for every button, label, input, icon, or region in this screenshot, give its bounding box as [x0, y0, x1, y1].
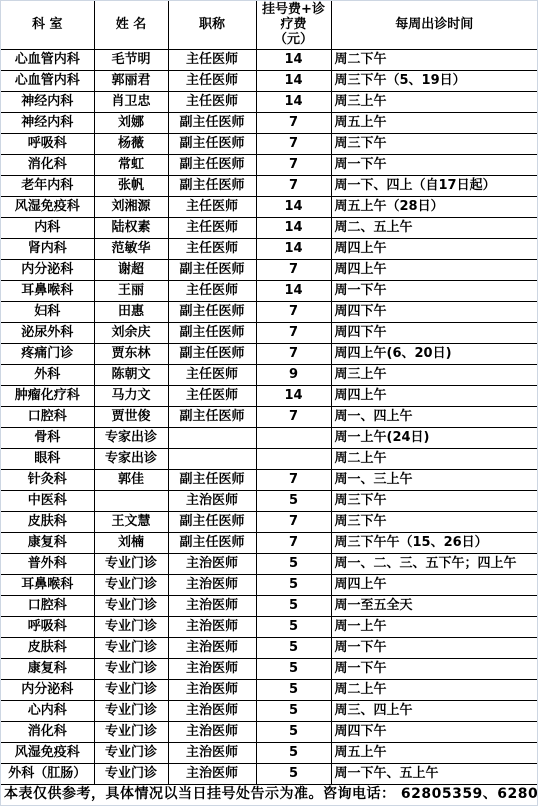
- cell-name: 专业门诊: [94, 574, 168, 595]
- cell-schedule: 周三下午午（15、26日）: [331, 532, 537, 553]
- cell-schedule: 周二上午: [331, 679, 537, 700]
- cell-name: 肖卫忠: [94, 91, 168, 112]
- cell-name: 专业门诊: [94, 700, 168, 721]
- table-row: 消化科专业门诊主治医师5周四下午: [1, 721, 537, 742]
- cell-schedule: 周五上午: [331, 742, 537, 763]
- cell-fee: 14: [256, 238, 331, 259]
- cell-schedule: 周四上午: [331, 385, 537, 406]
- cell-dept: 皮肤科: [1, 511, 94, 532]
- cell-title: 副主任医师: [168, 154, 256, 175]
- cell-schedule: 周一至五全天: [331, 595, 537, 616]
- cell-dept: 老年内科: [1, 175, 94, 196]
- cell-name: 专家出诊: [94, 448, 168, 469]
- table-row: 肾内科范敏华主任医师14周四上午: [1, 238, 537, 259]
- cell-fee: 5: [256, 742, 331, 763]
- cell-title: 副主任医师: [168, 175, 256, 196]
- table-row: 皮肤科专业门诊主治医师5周一下午: [1, 637, 537, 658]
- cell-schedule: 周一、三上午: [331, 469, 537, 490]
- cell-name: 马力文: [94, 385, 168, 406]
- cell-schedule: 周一下、四上（自17日起）: [331, 175, 537, 196]
- cell-dept: 眼科: [1, 448, 94, 469]
- cell-fee: 5: [256, 637, 331, 658]
- cell-schedule: 周一、四上午: [331, 406, 537, 427]
- cell-title: 副主任医师: [168, 259, 256, 280]
- cell-dept: 神经内科: [1, 112, 94, 133]
- cell-title: 主治医师: [168, 490, 256, 511]
- cell-schedule: 周二、五上午: [331, 217, 537, 238]
- cell-title: 主治医师: [168, 553, 256, 574]
- cell-fee: 5: [256, 595, 331, 616]
- cell-dept: 肾内科: [1, 238, 94, 259]
- cell-dept: 消化科: [1, 721, 94, 742]
- cell-name: 专业门诊: [94, 616, 168, 637]
- cell-fee: 14: [256, 91, 331, 112]
- table-row: 外科陈朝文主任医师9周三上午: [1, 364, 537, 385]
- cell-title: 副主任医师: [168, 112, 256, 133]
- table-footer: 本表仅供参考，具体情况以当日挂号处告示为准。咨询电话： 62805359、628…: [1, 784, 537, 805]
- cell-title: 主治医师: [168, 637, 256, 658]
- cell-name: 范敏华: [94, 238, 168, 259]
- table-row: 心血管内科毛节明主任医师14周二下午: [1, 49, 537, 70]
- cell-schedule: 周四上午: [331, 238, 537, 259]
- table-row: 皮肤科王文慧副主任医师7周三下午: [1, 511, 537, 532]
- cell-dept: 皮肤科: [1, 637, 94, 658]
- cell-dept: 泌尿外科: [1, 322, 94, 343]
- cell-fee: 5: [256, 490, 331, 511]
- cell-schedule: 周三下午: [331, 511, 537, 532]
- cell-title: 主任医师: [168, 196, 256, 217]
- cell-schedule: 周三下午（5、19日）: [331, 70, 537, 91]
- col-header-title: 职称: [168, 1, 256, 49]
- cell-name: 王丽: [94, 280, 168, 301]
- cell-dept: 心内科: [1, 700, 94, 721]
- table-row: 消化科常虹副主任医师7周一下午: [1, 154, 537, 175]
- cell-fee: 7: [256, 532, 331, 553]
- cell-fee: 5: [256, 658, 331, 679]
- table-row: 针灸科郭佳副主任医师7周一、三上午: [1, 469, 537, 490]
- table-row: 心血管内科郭丽君主任医师14周三下午（5、19日）: [1, 70, 537, 91]
- cell-title: 主任医师: [168, 49, 256, 70]
- table-row: 内分泌科专业门诊主治医师5周二上午: [1, 679, 537, 700]
- cell-dept: 消化科: [1, 154, 94, 175]
- cell-schedule: 周三下午: [331, 133, 537, 154]
- cell-title: 主任医师: [168, 70, 256, 91]
- cell-name: 专业门诊: [94, 721, 168, 742]
- footer-row: 本表仅供参考，具体情况以当日挂号处告示为准。咨询电话： 62805359、628…: [1, 784, 537, 805]
- header-row: 科 室 姓 名 职称 挂号费+诊 疗费 （元） 每周出诊时间: [1, 1, 537, 49]
- cell-name: 刘娜: [94, 112, 168, 133]
- cell-name: 贾东林: [94, 343, 168, 364]
- cell-dept: 妇科: [1, 301, 94, 322]
- cell-fee: 5: [256, 616, 331, 637]
- cell-dept: 外科（肛肠）: [1, 763, 94, 784]
- cell-fee: 7: [256, 511, 331, 532]
- cell-fee: 7: [256, 301, 331, 322]
- table-row: 肿瘤化疗科马力文主任医师14周四上午: [1, 385, 537, 406]
- cell-dept: 风湿免疫科: [1, 742, 94, 763]
- cell-dept: 心血管内科: [1, 70, 94, 91]
- cell-schedule: 周一上午: [331, 616, 537, 637]
- cell-fee: 7: [256, 175, 331, 196]
- cell-schedule: 周四下午: [331, 721, 537, 742]
- cell-name: 毛节明: [94, 49, 168, 70]
- cell-name: 贾世俊: [94, 406, 168, 427]
- cell-name: 郭佳: [94, 469, 168, 490]
- table-row: 康复科刘楠副主任医师7周三下午午（15、26日）: [1, 532, 537, 553]
- table-row: 神经内科肖卫忠主任医师14周三上午: [1, 91, 537, 112]
- cell-name: 杨薇: [94, 133, 168, 154]
- cell-name: 专家出诊: [94, 427, 168, 448]
- cell-fee: [256, 448, 331, 469]
- cell-dept: 口腔科: [1, 406, 94, 427]
- cell-schedule: 周五上午: [331, 112, 537, 133]
- cell-name: [94, 490, 168, 511]
- table-row: 疼痛门诊贾东林副主任医师7周四上午(6、20日): [1, 343, 537, 364]
- cell-name: 专业门诊: [94, 763, 168, 784]
- cell-fee: 7: [256, 259, 331, 280]
- cell-title: 副主任医师: [168, 469, 256, 490]
- cell-schedule: 周三上午: [331, 364, 537, 385]
- cell-name: 王文慧: [94, 511, 168, 532]
- doctor-schedule-table: 科 室 姓 名 职称 挂号费+诊 疗费 （元） 每周出诊时间 心血管内科毛节明主…: [1, 1, 537, 805]
- cell-name: 刘湘源: [94, 196, 168, 217]
- cell-schedule: 周一下午: [331, 154, 537, 175]
- cell-fee: 14: [256, 70, 331, 91]
- cell-fee: 5: [256, 574, 331, 595]
- cell-name: 刘楠: [94, 532, 168, 553]
- cell-fee: 7: [256, 406, 331, 427]
- footer-note: 本表仅供参考，具体情况以当日挂号处告示为准。咨询电话： 62805359、628…: [1, 784, 537, 805]
- cell-dept: 疼痛门诊: [1, 343, 94, 364]
- cell-schedule: 周四上午(6、20日): [331, 343, 537, 364]
- cell-title: 副主任医师: [168, 301, 256, 322]
- cell-title: 主治医师: [168, 595, 256, 616]
- cell-schedule: 周四上午: [331, 259, 537, 280]
- cell-title: 副主任医师: [168, 133, 256, 154]
- cell-schedule: 周三下午: [331, 490, 537, 511]
- table-row: 妇科田惠副主任医师7周四下午: [1, 301, 537, 322]
- cell-name: 陈朝文: [94, 364, 168, 385]
- cell-name: 刘余庆: [94, 322, 168, 343]
- cell-title: [168, 448, 256, 469]
- cell-fee: 5: [256, 700, 331, 721]
- table-row: 外科（肛肠）专业门诊主治医师5周一下午、五上午: [1, 763, 537, 784]
- cell-title: 主治医师: [168, 679, 256, 700]
- cell-schedule: 周二下午: [331, 49, 537, 70]
- cell-dept: 康复科: [1, 532, 94, 553]
- table-row: 呼吸科专业门诊主治医师5周一上午: [1, 616, 537, 637]
- table-row: 内分泌科谢超副主任医师7周四上午: [1, 259, 537, 280]
- cell-name: 专业门诊: [94, 658, 168, 679]
- cell-fee: 14: [256, 196, 331, 217]
- table-row: 风湿免疫科专业门诊主治医师5周五上午: [1, 742, 537, 763]
- schedule-page: 科 室 姓 名 职称 挂号费+诊 疗费 （元） 每周出诊时间 心血管内科毛节明主…: [0, 0, 538, 806]
- cell-schedule: 周一、二、三、五下午；四上午: [331, 553, 537, 574]
- cell-name: 专业门诊: [94, 553, 168, 574]
- cell-title: 副主任医师: [168, 511, 256, 532]
- cell-fee: 7: [256, 343, 331, 364]
- cell-schedule: 周三上午: [331, 91, 537, 112]
- table-row: 眼科专家出诊周二上午: [1, 448, 537, 469]
- cell-dept: 神经内科: [1, 91, 94, 112]
- cell-fee: 7: [256, 469, 331, 490]
- col-header-name: 姓 名: [94, 1, 168, 49]
- table-header: 科 室 姓 名 职称 挂号费+诊 疗费 （元） 每周出诊时间: [1, 1, 537, 49]
- cell-fee: 5: [256, 679, 331, 700]
- cell-schedule: 周一下午: [331, 658, 537, 679]
- cell-fee: 7: [256, 133, 331, 154]
- cell-dept: 风湿免疫科: [1, 196, 94, 217]
- table-row: 内科陆权素主任医师14周二、五上午: [1, 217, 537, 238]
- cell-name: 专业门诊: [94, 679, 168, 700]
- cell-fee: [256, 427, 331, 448]
- cell-schedule: 周一下午: [331, 637, 537, 658]
- table-row: 神经内科刘娜副主任医师7周五上午: [1, 112, 537, 133]
- cell-fee: 9: [256, 364, 331, 385]
- cell-dept: 中医科: [1, 490, 94, 511]
- cell-dept: 内科: [1, 217, 94, 238]
- cell-fee: 5: [256, 721, 331, 742]
- cell-name: 陆权素: [94, 217, 168, 238]
- table-row: 风湿免疫科刘湘源主任医师14周五上午（28日）: [1, 196, 537, 217]
- cell-schedule: 周四上午: [331, 574, 537, 595]
- cell-title: 主任医师: [168, 238, 256, 259]
- cell-name: 常虹: [94, 154, 168, 175]
- cell-dept: 呼吸科: [1, 616, 94, 637]
- table-row: 中医科主治医师5周三下午: [1, 490, 537, 511]
- cell-title: 主治医师: [168, 574, 256, 595]
- table-row: 普外科专业门诊主治医师5周一、二、三、五下午；四上午: [1, 553, 537, 574]
- table-row: 骨科专家出诊周一上午(24日): [1, 427, 537, 448]
- cell-title: 主任医师: [168, 385, 256, 406]
- cell-fee: 14: [256, 217, 331, 238]
- cell-schedule: 周一下午、五上午: [331, 763, 537, 784]
- cell-title: 副主任医师: [168, 406, 256, 427]
- cell-name: 专业门诊: [94, 742, 168, 763]
- cell-schedule: 周二上午: [331, 448, 537, 469]
- cell-dept: 康复科: [1, 658, 94, 679]
- col-header-department: 科 室: [1, 1, 94, 49]
- cell-dept: 耳鼻喉科: [1, 574, 94, 595]
- cell-dept: 耳鼻喉科: [1, 280, 94, 301]
- cell-fee: 5: [256, 553, 331, 574]
- table-row: 口腔科贾世俊副主任医师7周一、四上午: [1, 406, 537, 427]
- cell-title: 主治医师: [168, 616, 256, 637]
- cell-fee: 14: [256, 49, 331, 70]
- cell-fee: 14: [256, 385, 331, 406]
- table-row: 泌尿外科刘余庆副主任医师7周四下午: [1, 322, 537, 343]
- cell-name: 张帆: [94, 175, 168, 196]
- cell-name: 田惠: [94, 301, 168, 322]
- schedule-table-body: 心血管内科毛节明主任医师14周二下午心血管内科郭丽君主任医师14周三下午（5、1…: [1, 49, 537, 784]
- cell-dept: 内分泌科: [1, 259, 94, 280]
- cell-title: 主任医师: [168, 364, 256, 385]
- cell-name: 专业门诊: [94, 637, 168, 658]
- cell-title: 主任医师: [168, 91, 256, 112]
- cell-schedule: 周四下午: [331, 301, 537, 322]
- cell-title: 主治医师: [168, 658, 256, 679]
- cell-fee: 7: [256, 322, 331, 343]
- cell-fee: 7: [256, 154, 331, 175]
- table-row: 康复科专业门诊主治医师5周一下午: [1, 658, 537, 679]
- cell-schedule: 周一下午: [331, 280, 537, 301]
- cell-dept: 内分泌科: [1, 679, 94, 700]
- cell-fee: 7: [256, 112, 331, 133]
- cell-fee: 14: [256, 280, 331, 301]
- cell-schedule: 周三、四上午: [331, 700, 537, 721]
- table-row: 口腔科专业门诊主治医师5周一至五全天: [1, 595, 537, 616]
- cell-schedule: 周五上午（28日）: [331, 196, 537, 217]
- cell-title: 主治医师: [168, 742, 256, 763]
- cell-name: 专业门诊: [94, 595, 168, 616]
- cell-title: [168, 427, 256, 448]
- table-row: 耳鼻喉科专业门诊主治医师5周四上午: [1, 574, 537, 595]
- cell-dept: 心血管内科: [1, 49, 94, 70]
- cell-schedule: 周一上午(24日): [331, 427, 537, 448]
- cell-title: 副主任医师: [168, 532, 256, 553]
- cell-schedule: 周四下午: [331, 322, 537, 343]
- table-row: 呼吸科杨薇副主任医师7周三下午: [1, 133, 537, 154]
- cell-dept: 普外科: [1, 553, 94, 574]
- cell-title: 副主任医师: [168, 343, 256, 364]
- table-row: 心内科专业门诊主治医师5周三、四上午: [1, 700, 537, 721]
- cell-title: 主任医师: [168, 280, 256, 301]
- col-header-schedule: 每周出诊时间: [331, 1, 537, 49]
- cell-dept: 外科: [1, 364, 94, 385]
- col-header-fee: 挂号费+诊 疗费 （元）: [256, 1, 331, 49]
- cell-title: 主治医师: [168, 700, 256, 721]
- cell-dept: 肿瘤化疗科: [1, 385, 94, 406]
- cell-dept: 口腔科: [1, 595, 94, 616]
- cell-dept: 骨科: [1, 427, 94, 448]
- table-row: 耳鼻喉科王丽主任医师14周一下午: [1, 280, 537, 301]
- cell-title: 主治医师: [168, 763, 256, 784]
- cell-name: 郭丽君: [94, 70, 168, 91]
- cell-title: 主任医师: [168, 217, 256, 238]
- cell-dept: 呼吸科: [1, 133, 94, 154]
- table-row: 老年内科张帆副主任医师7周一下、四上（自17日起）: [1, 175, 537, 196]
- cell-fee: 5: [256, 763, 331, 784]
- cell-title: 主治医师: [168, 721, 256, 742]
- cell-dept: 针灸科: [1, 469, 94, 490]
- cell-name: 谢超: [94, 259, 168, 280]
- cell-title: 副主任医师: [168, 322, 256, 343]
